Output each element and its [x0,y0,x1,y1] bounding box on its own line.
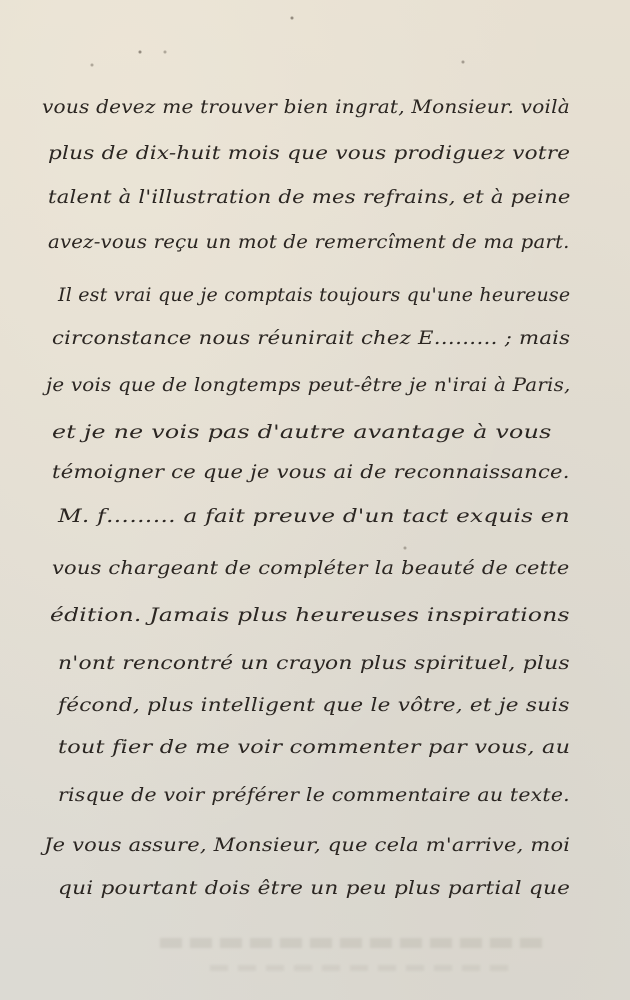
handwritten-line: risque de voir préférer le commentaire a… [58,784,570,806]
handwritten-line: circonstance nous réunirait chez E……… ; … [52,327,570,349]
handwritten-line: vous chargeant de compléter la beauté de… [52,557,569,579]
handwritten-line: Je vous assure, Monsieur, que cela m'arr… [44,834,570,856]
handwritten-line: témoigner ce que je vous ai de reconnais… [52,461,570,483]
handwritten-line: M. f……… a fait preuve d'un tact exquis e… [58,505,570,527]
handwritten-line: vous devez me trouver bien ingrat, Monsi… [42,96,570,118]
handwritten-line: tout fier de me voir commenter par vous,… [58,736,570,758]
handwritten-line: qui pourtant dois être un peu plus parti… [58,877,570,899]
ink-bleed-through [160,938,550,948]
manuscript-page: vous devez me trouver bien ingrat, Monsi… [0,0,630,1000]
handwritten-line: et je ne vois pas d'autre avantage à vou… [52,421,552,443]
handwritten-line: fécond, plus intelligent que le vôtre, e… [58,694,570,716]
handwritten-line: avez-vous reçu un mot de remercîment de … [48,231,570,253]
handwritten-line: Il est vrai que je comptais toujours qu'… [58,284,570,306]
ink-bleed-through [210,965,510,971]
handwritten-line: plus de dix-huit mois que vous prodiguez… [48,142,570,164]
handwritten-line: talent à l'illustration de mes refrains,… [48,186,571,208]
handwritten-line: édition. Jamais plus heureuses inspirati… [50,604,570,626]
handwritten-line: n'ont rencontré un crayon plus spirituel… [58,652,570,674]
handwritten-line: je vois que de longtemps peut-être je n'… [46,374,571,396]
